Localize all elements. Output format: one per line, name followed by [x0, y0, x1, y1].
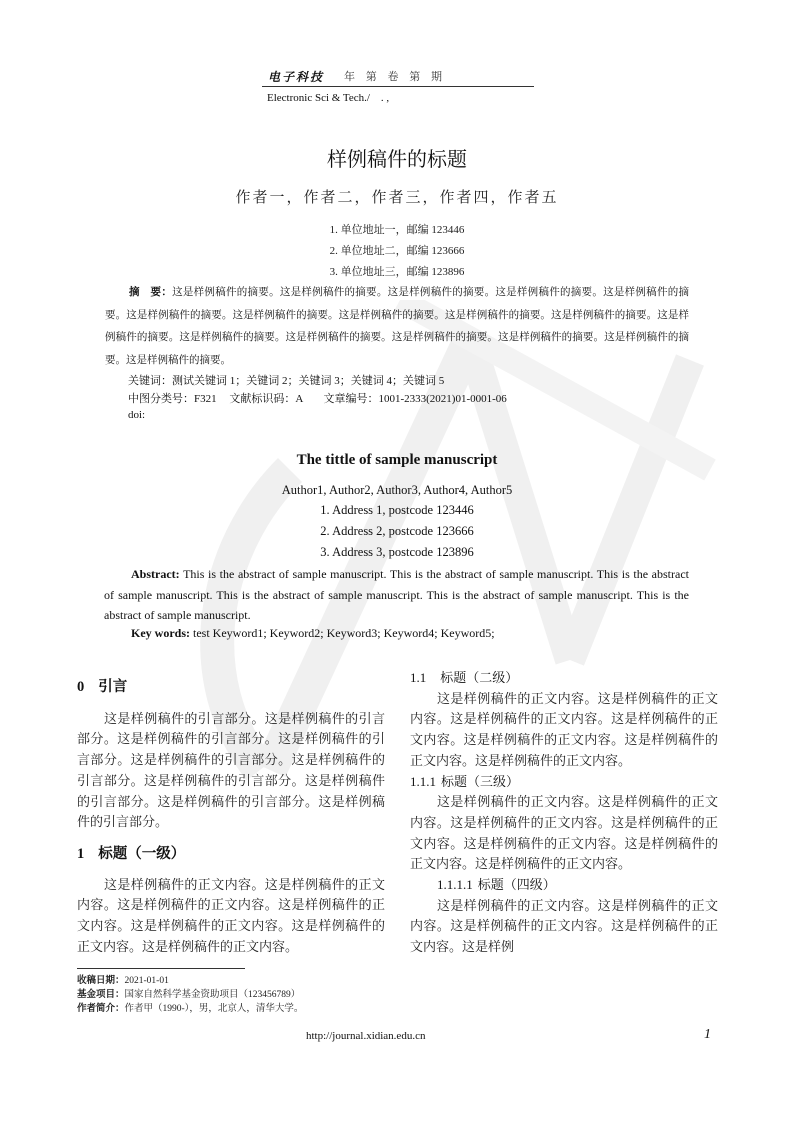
section-1-1-1-1-heading: 1.1.1.1标题（四级） — [410, 875, 718, 896]
footnote-author: 作者简介：作者甲（1990-），男，北京人，清华大学。 — [77, 1002, 303, 1016]
section-0-heading: 0引言 — [77, 677, 385, 698]
section-1-1-text: 这是样例稿件的正文内容。这是样例稿件的正文内容。这是样例稿件的正文内容。这是样例… — [410, 689, 718, 772]
abstract-en-text: This is the abstract of sample manuscrip… — [104, 567, 689, 622]
page-number: 1 — [704, 1027, 711, 1043]
journal-issue-cn: 年 第 卷 第 期 — [344, 68, 443, 84]
header-rule — [262, 86, 534, 87]
keywords-cn: 关键词：测试关键词 1；关键词 2；关键词 3；关键词 4；关键词 5 — [128, 372, 444, 388]
paper-title-cn: 样例稿件的标题 — [0, 143, 794, 172]
authors-cn: 作者一，作者二，作者三，作者四，作者五 — [0, 186, 794, 207]
section-1-1: 1.1标题（二级） 这是样例稿件的正文内容。这是样例稿件的正文内容。这是样例稿件… — [410, 668, 718, 958]
section-1-1-title: 标题（二级） — [440, 670, 518, 685]
section-1: 1标题（一级） 这是样例稿件的正文内容。这是样例稿件的正文内容。这是样例稿件的正… — [77, 844, 385, 958]
section-0: 0引言 这是样例稿件的引言部分。这是样例稿件的引言部分。这是样例稿件的引言部分。… — [77, 677, 385, 833]
footer-url[interactable]: http://journal.xidian.edu.cn — [306, 1030, 425, 1042]
address-en-2: 2. Address 2, postcode 123666 — [0, 524, 794, 539]
section-1-1-heading: 1.1标题（二级） — [410, 668, 718, 689]
section-1-number: 1 — [77, 846, 84, 862]
section-0-title: 引言 — [98, 679, 127, 695]
address-cn-2: 2. 单位地址二，邮编 123666 — [0, 242, 794, 258]
address-en-3: 3. Address 3, postcode 123896 — [0, 545, 794, 560]
abstract-en: Abstract: This is the abstract of sample… — [104, 564, 689, 626]
article-no-value: 1001-2333(2021)01-0001-06 — [378, 393, 506, 405]
clc-label: 中图分类号： — [128, 392, 194, 405]
section-1-heading: 1标题（一级） — [77, 844, 385, 865]
received-label: 收稿日期： — [77, 975, 125, 986]
keywords-cn-text: 测试关键词 1；关键词 2；关键词 3；关键词 4；关键词 5 — [172, 375, 444, 387]
doc-code-value: A — [295, 393, 302, 405]
abstract-cn-label: 摘 要： — [129, 286, 172, 298]
journal-name-en: Electronic Sci & Tech./ . , — [267, 89, 389, 105]
authors-en: Author1, Author2, Author3, Author4, Auth… — [0, 483, 794, 498]
address-en-1: 1. Address 1, postcode 123446 — [0, 503, 794, 518]
doc-code-label: 文献标识码： — [229, 392, 295, 405]
address-cn-3: 3. 单位地址三，邮编 123896 — [0, 263, 794, 279]
footnote-rule — [77, 968, 245, 969]
section-0-text: 这是样例稿件的引言部分。这是样例稿件的引言部分。这是样例稿件的引言部分。这是样例… — [77, 709, 385, 833]
section-0-number: 0 — [77, 679, 84, 695]
author-bio-value: 作者甲（1990-），男，北京人，清华大学。 — [125, 1004, 304, 1014]
author-bio-label: 作者简介： — [77, 1003, 125, 1014]
section-1-text: 这是样例稿件的正文内容。这是样例稿件的正文内容。这是样例稿件的正文内容。这是样例… — [77, 875, 385, 958]
keywords-en: Key words: test Keyword1; Keyword2; Keyw… — [131, 626, 495, 641]
classification-line: 中图分类号：F321 文献标识码：A 文章编号：1001-2333(2021)0… — [128, 390, 507, 406]
keywords-en-text: test Keyword1; Keyword2; Keyword3; Keywo… — [190, 626, 495, 640]
section-1-1-1-number: 1.1.1 — [410, 774, 436, 789]
article-no-label: 文章编号： — [323, 392, 378, 405]
keywords-en-label: Key words: — [131, 626, 190, 640]
clc-value: F321 — [194, 393, 217, 405]
section-1-1-1-1-number: 1.1.1.1 — [437, 877, 473, 892]
section-1-1-1-heading: 1.1.1标题（三级） — [410, 772, 718, 793]
fund-label: 基金项目： — [77, 989, 125, 1000]
doi: doi: — [128, 409, 145, 421]
journal-name-cn: 电子科技 — [268, 68, 324, 85]
section-1-title: 标题（一级） — [98, 846, 185, 862]
section-1-1-number: 1.1 — [410, 670, 426, 685]
paper-title-en: The tittle of sample manuscript — [0, 452, 794, 469]
section-1-1-1-title: 标题（三级） — [441, 774, 519, 789]
abstract-cn: 摘 要：这是样例稿件的摘要。这是样例稿件的摘要。这是样例稿件的摘要。这是样例稿件… — [105, 281, 689, 372]
abstract-en-label: Abstract: — [131, 567, 180, 581]
received-value: 2021-01-01 — [125, 976, 169, 986]
section-1-1-1-1-title: 标题（四级） — [478, 877, 556, 892]
footnote-received: 收稿日期：2021-01-01 — [77, 974, 169, 988]
abstract-cn-text: 这是样例稿件的摘要。这是样例稿件的摘要。这是样例稿件的摘要。这是样例稿件的摘要。… — [105, 287, 689, 366]
section-1-1-1-text: 这是样例稿件的正文内容。这是样例稿件的正文内容。这是样例稿件的正文内容。这是样例… — [410, 792, 718, 875]
footnote-fund: 基金项目：国家自然科学基金资助项目（123456789） — [77, 988, 300, 1002]
keywords-cn-label: 关键词： — [128, 374, 172, 387]
fund-value: 国家自然科学基金资助项目（123456789） — [125, 990, 301, 1000]
address-cn-1: 1. 单位地址一，邮编 123446 — [0, 221, 794, 237]
section-1-1-1-1-text: 这是样例稿件的正文内容。这是样例稿件的正文内容。这是样例稿件的正文内容。这是样例… — [410, 896, 718, 958]
